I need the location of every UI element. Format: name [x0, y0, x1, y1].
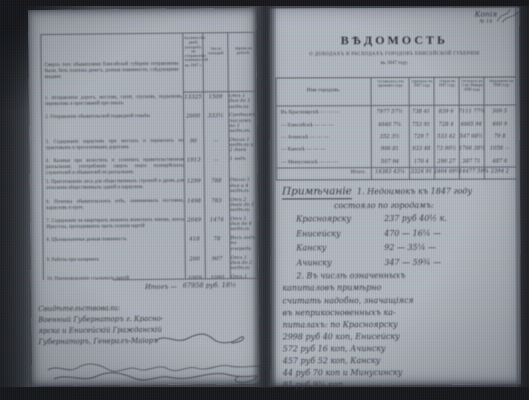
note-line: 44 руб 70 коп и Минусинску — [283, 367, 509, 380]
note-line: 2. Въ числѣ означенныхъ — [282, 270, 508, 283]
cell-value: 7977 57½ — [371, 109, 409, 115]
town-name: — Канскѣ — — — — [277, 146, 371, 152]
city-amount: 92 — 35¼ — — [384, 241, 508, 256]
table-row: 3. Содержаніе карауловъ при мостахъ и пе… — [42, 138, 257, 156]
row-days-value: 13325 — [183, 94, 203, 110]
city-arrears-row: Канску 92 — 35¼ — — [282, 241, 508, 257]
city-name: Красноярску — [296, 212, 384, 227]
column-header-days: Количество дней, употребл. на отправлені… — [184, 36, 202, 67]
cell-value: 4665 94 — [459, 121, 484, 127]
total-value: 2464 69½ — [434, 169, 459, 175]
town-name: — Минусинскѣ — — — — [277, 159, 371, 165]
row-days-value: 1913 — [184, 158, 204, 176]
table-row: 2. Отправленіе обывательской подводной г… — [42, 113, 257, 136]
city-amount: 470 — 16¼ — — [384, 226, 508, 241]
left-page: Сверхъ того обывателями Енисейской губер… — [28, 8, 260, 386]
right-page: Копія № 14 ВѢДОМОСТЬ О ДОХОДАХЪ И РАСХОД… — [269, 7, 521, 385]
table-row: 1. Исправленіе дорогъ, мостовъ, гатей, с… — [42, 94, 257, 112]
cell-value: 533 42 — [434, 134, 459, 140]
towns-column-header: Имя городовъ. — [277, 87, 371, 93]
cell-value: 728 4 — [434, 121, 459, 127]
row-days-value: 418 — [184, 237, 204, 253]
column-header: Убыло въ 1847 году. — [435, 80, 458, 89]
table-row: 9. Работы при казармахъ 200 907 Отъ 1 дн… — [44, 255, 259, 273]
scribble-flourish-icon — [44, 356, 269, 388]
note-line: капиталовъ примѣрно — [282, 282, 508, 295]
note-line: 2998 руб 40 коп, Енисейску — [283, 330, 509, 343]
row-days-value: 2049 — [184, 217, 204, 233]
document-subtitle: О ДОХОДАХЪ И РАСХОДАХЪ ГОРОДОВЪ ЕНИСЕЙСК… — [269, 51, 519, 57]
cell-value: 460 9 — [484, 121, 516, 127]
note-line: считать надобно, значащіяся — [282, 294, 508, 307]
note-line: 457 руб 52 коп, Канску — [283, 355, 509, 368]
table-row: 5. Приготовленіе леса для общественныхъ … — [43, 178, 258, 196]
left-table: Сверхъ того обывателями Енисейской губер… — [40, 32, 258, 280]
note-heading: Примѣчаніе — [282, 185, 352, 199]
note-line: 572 руб 16 коп, Ачинску — [283, 342, 509, 355]
city-amount: 347 — 59¾ — — [384, 255, 508, 270]
town-name: Въ Красноярскѣ — — — — [277, 109, 371, 115]
cell-value: 73 90½ — [434, 146, 459, 152]
towns-table: Имя городовъ. Оставалось отъ прежняго го… — [275, 76, 516, 180]
column-header: Оставалось отъ прежняго года. — [372, 80, 408, 89]
row-horses-value: — — [204, 157, 229, 175]
note-second-line: состояло по городамъ: — [282, 199, 508, 213]
row-days-value: 1299 — [184, 179, 204, 195]
note-first-line: Примѣчаніе 1. Недоимокъ къ 1847 году — [282, 182, 508, 200]
row-description: 9. Работы при казармахъ — [44, 256, 185, 273]
city-name: Канску — [296, 241, 384, 256]
total-value: 14383 43¼ — [371, 169, 409, 175]
note-line: питалахъ: по Красноярску — [283, 318, 509, 331]
signature-flourish-icon — [153, 330, 248, 349]
left-table-body: 1. Исправленіе дорогъ, мостовъ, гатей, с… — [42, 94, 259, 280]
total-value: 14477 59¾ — [459, 169, 484, 175]
column-header-horses: Число лошадей. — [204, 47, 227, 56]
table-row: 6. Починка обывательскихъ избъ, занимаем… — [43, 197, 258, 215]
cell-value: 839 6 — [434, 109, 459, 115]
corner-copy-note: Копія № 14 — [475, 11, 498, 25]
row-horses-value: 1509 — [203, 94, 228, 110]
row-horses-value: 333½ — [203, 113, 228, 134]
handwritten-note: Примѣчаніе 1. Недоимокъ къ 1847 году сос… — [282, 182, 509, 392]
table-row: — Енисейскѣ — — — 4640 7¼ 753 91 728 4 4… — [277, 118, 516, 131]
row-days-value: 90 — [183, 138, 203, 154]
cell-value: 507 94 — [371, 159, 409, 165]
document-subtitle-year: въ 1847 году. — [269, 60, 519, 66]
cell-value: 933 48 — [409, 146, 434, 152]
town-name: — Енисейскѣ — — — — [277, 122, 371, 128]
note-line: 81 руб 9¾ коп. — [283, 379, 509, 392]
row-horses-value: 788 — [204, 178, 229, 194]
note-line: въ неприкосновенныхъ ка- — [282, 306, 508, 319]
row-description: 2. Отправленіе обывательской подводной г… — [42, 114, 183, 137]
towns-table-body: Въ Красноярскѣ — — — 7977 57½ 738 41 839… — [277, 105, 516, 168]
row-days-value: 2600 — [183, 114, 203, 135]
left-table-intro: Сверхъ того обывателями Енисейской губер… — [45, 62, 179, 81]
table-row: Въ Красноярскѣ — — — 7977 57½ 738 41 839… — [277, 105, 516, 118]
city-arrears-row: Ачинску 347 — 59¾ — — [282, 255, 508, 271]
document-title: ВѢДОМОСТЬ — [269, 32, 519, 48]
row-description: 6. Починка обывательскихъ избъ, занимаем… — [43, 198, 184, 215]
row-horses-value: 78 — [204, 236, 229, 252]
cell-value: 547 68½ — [459, 134, 484, 140]
table-row: 4. Казачья при волостяхъ и селеніяхъ пра… — [43, 157, 258, 177]
note-text: 1. Недоимокъ къ 1847 году — [357, 187, 472, 197]
city-amount: 237 руб 40½ к. — [384, 212, 508, 227]
row-horses-value: 1474 — [204, 217, 229, 233]
left-total-value: 67958 руб. 18½ — [183, 281, 236, 290]
cell-value: 387 71 — [459, 158, 484, 164]
governor-signature-flourish — [153, 330, 248, 354]
cell-value: 729 7 — [409, 134, 434, 140]
cell-value: 1058 — — [484, 146, 516, 152]
cell-value: 1766 38½ — [459, 146, 484, 152]
book-gutter-shadow — [252, 6, 276, 388]
total-value: 3324 91 — [409, 169, 434, 175]
city-arrears-row: Енисейску 470 — 16¼ — — [282, 226, 508, 242]
cell-value: 4640 7¼ — [371, 122, 409, 128]
total-rule — [113, 278, 258, 281]
left-total-label: Итогъ — — [89, 283, 177, 292]
total-label: Итого. — [277, 169, 371, 175]
copy-number: № 14 — [475, 19, 498, 25]
cell-value: 290 27 — [434, 158, 459, 164]
row-description: 5. Приготовленіе леса для общественныхъ … — [43, 179, 184, 196]
page-stack-edge — [517, 11, 520, 382]
note-paragraph-2: 2. Въ числѣ означенныхъ капиталовъ примѣ… — [282, 270, 509, 392]
row-days-value: 1498 — [184, 198, 204, 214]
cell-value: 79 8 — [484, 133, 516, 139]
total-value: 2394 2 — [484, 168, 516, 174]
totals-row: Итого. 14383 43¼ 3324 91 2464 69½ 14477 … — [277, 168, 516, 175]
row-horses-value: 907 — [205, 256, 230, 272]
town-name: — Ачинскѣ — — — — [277, 134, 371, 140]
pen-flourish — [495, 7, 519, 28]
row-description: 1. Исправленіе дорогъ, мостовъ, гатей, с… — [42, 95, 183, 112]
row-horses-value: 783 — [204, 198, 229, 214]
table-row: — Канскѣ — — — 906 81 933 48 73 90½ 1766… — [277, 143, 516, 156]
cell-value: 352 3½ — [371, 134, 409, 140]
column-header: Прибыло въ 1847 году. — [410, 80, 433, 89]
copy-label: Копія — [475, 11, 498, 19]
cell-value: 906 81 — [371, 146, 409, 152]
cell-value: 738 41 — [409, 109, 434, 115]
table-row: — Ачинскѣ — — — 352 3½ 729 7 533 42 547 … — [277, 130, 516, 143]
clerk-signature-scribbles — [44, 356, 269, 393]
table-row: 7. Содержаніе на квартирахъ нижнихъ воин… — [43, 217, 258, 235]
cell-value: 309 5 — [484, 109, 516, 115]
row-horses-value: — — [203, 138, 228, 154]
row-description: 7. Содержаніе на квартирахъ нижнихъ воин… — [43, 218, 184, 235]
archival-document-photo: Сверхъ того обывателями Енисейской губер… — [0, 0, 529, 400]
header-underline — [183, 91, 255, 93]
city-name: Ачинску — [296, 256, 384, 271]
city-name: Енисейску — [296, 227, 384, 242]
row-description: 3. Содержаніе карауловъ при мостахъ и пе… — [42, 138, 183, 155]
row-description: 8. Цѣловальничья денная повинность — [43, 237, 184, 254]
cell-value: 7111 77¾ — [459, 109, 484, 115]
city-arrears-row: Красноярску 237 руб 40½ к. — [282, 212, 508, 228]
row-description: 4. Казачья при волостяхъ и селеніяхъ пра… — [43, 158, 184, 177]
cell-value: 487 6 — [484, 158, 516, 164]
cell-value: 753 91 — [409, 121, 434, 127]
column-header: Недоимокъ къ 1848 году. — [485, 79, 517, 88]
table-row: 8. Цѣловальничья денная повинность 418 7… — [43, 236, 258, 254]
cell-value: 170 4 — [409, 159, 434, 165]
column-header: Осталось къ 1-му Января 1848 года. — [460, 80, 483, 93]
row-days-value: 200 — [185, 256, 205, 272]
pen-flourish-icon — [495, 7, 519, 23]
